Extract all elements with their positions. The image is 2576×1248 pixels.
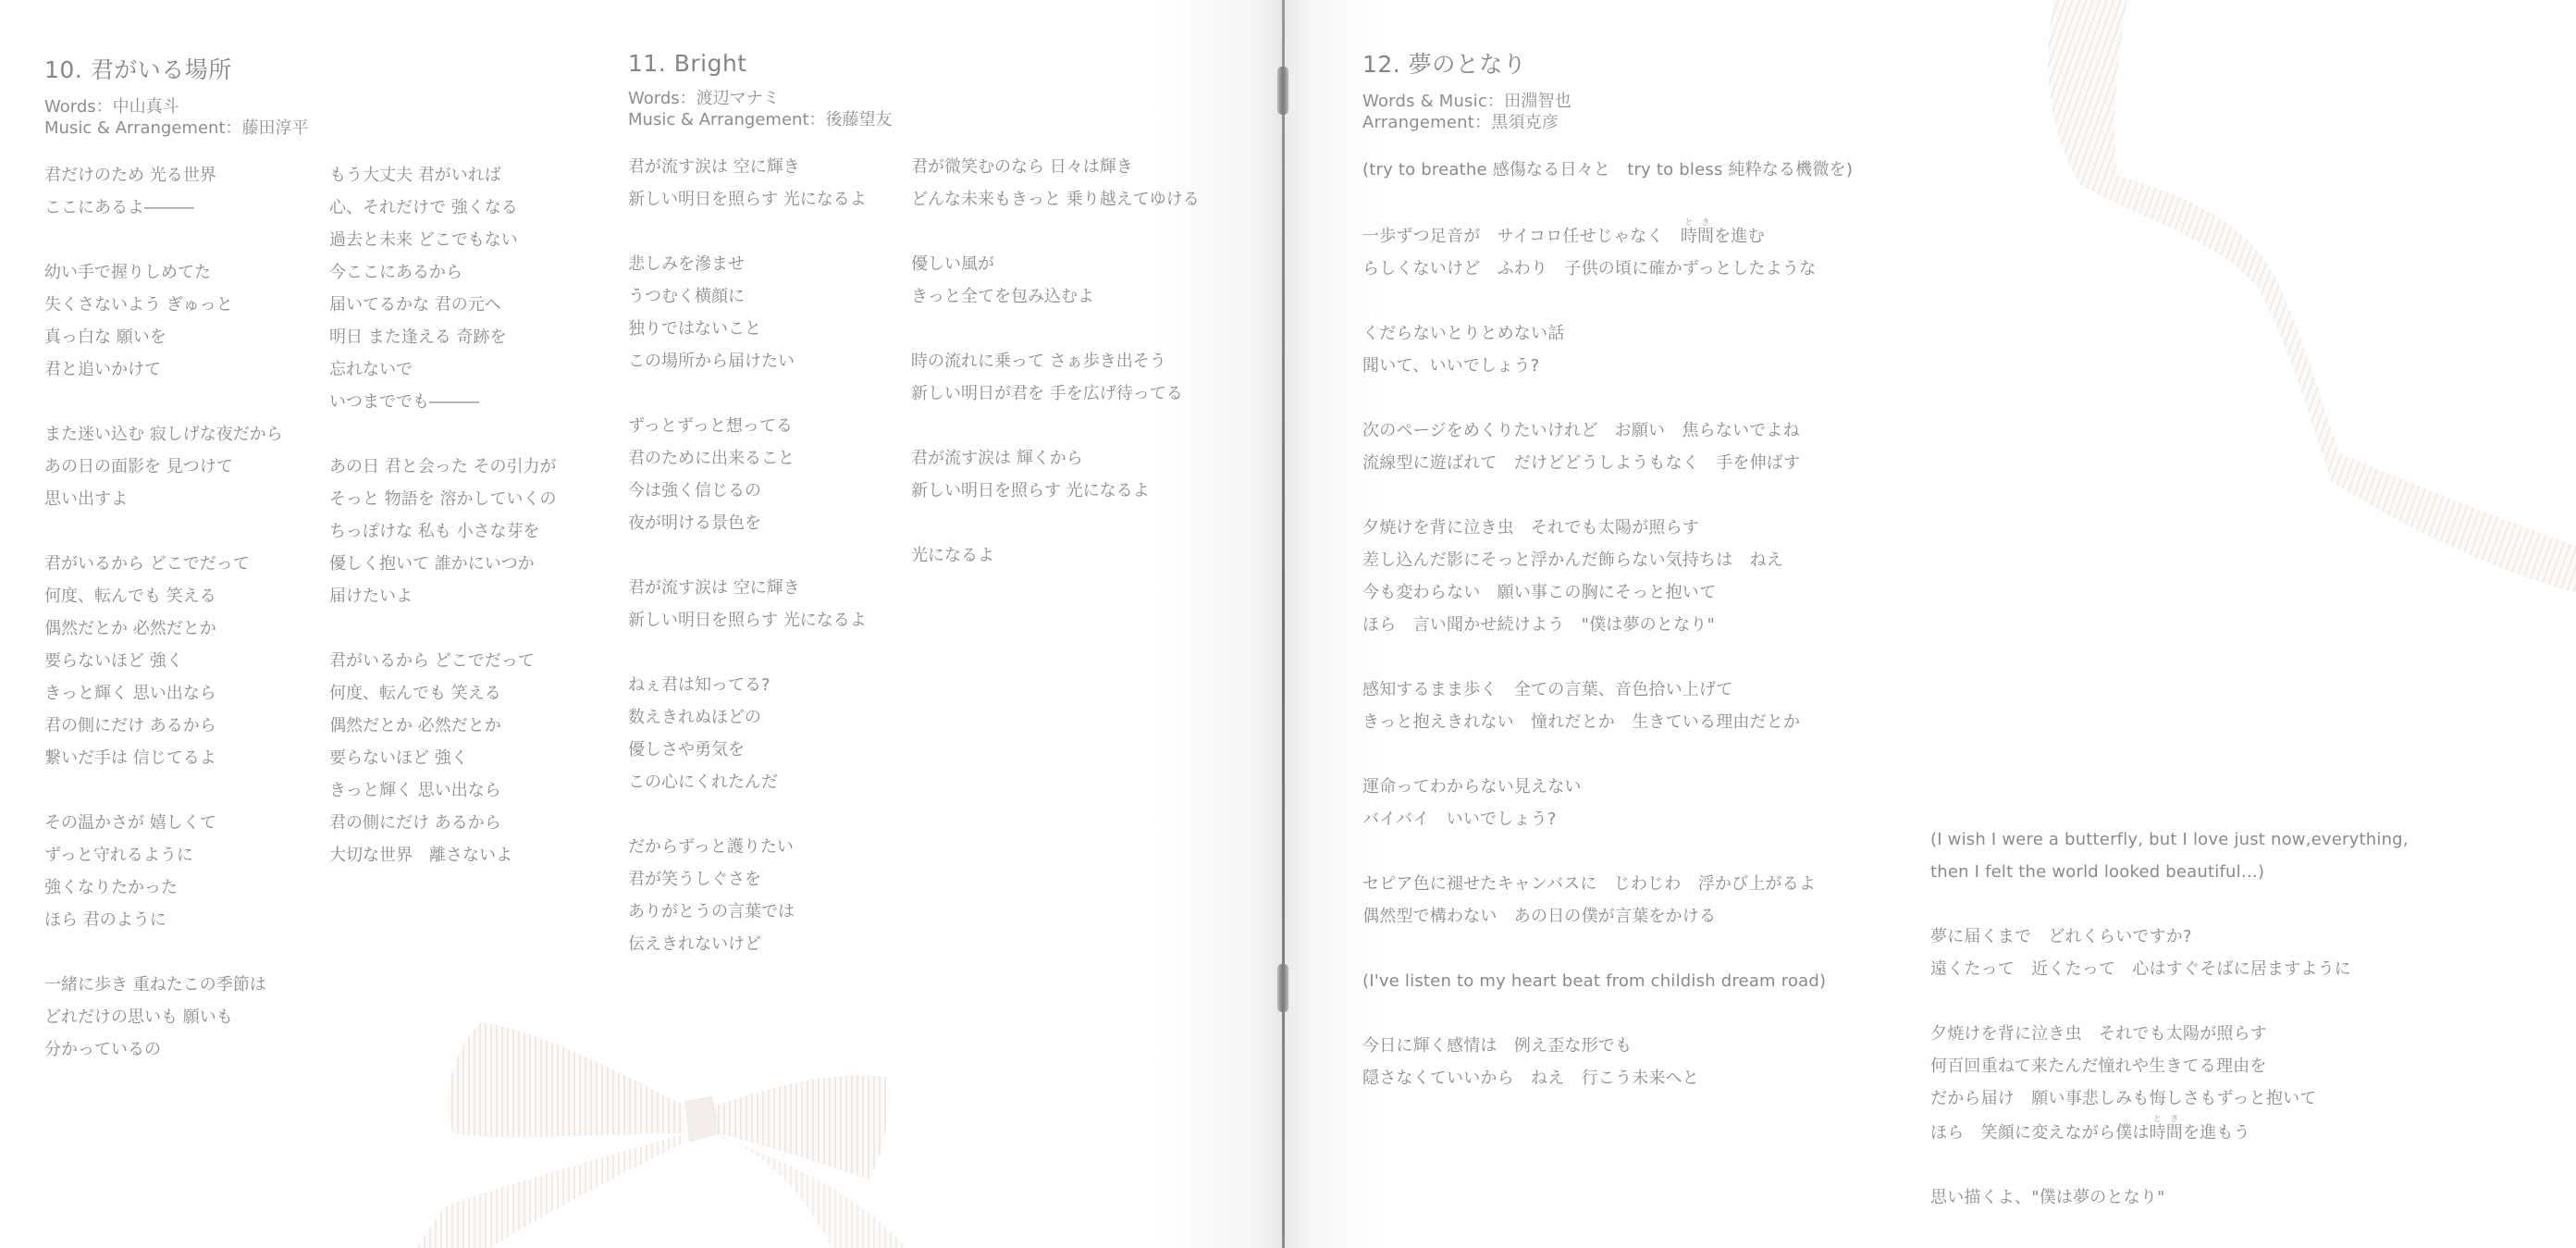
- lyric-line: 優しい風が: [911, 248, 1200, 280]
- lyrics-stanza: (I've listen to my heart beat from child…: [1362, 965, 1853, 997]
- song-12: 12. 夢のとなり Words & Music：田淵智也 Arrangement…: [1362, 46, 1853, 1127]
- lyric-line: (try to breathe 感傷なる日々と try to bless 純粋な…: [1362, 154, 1853, 186]
- credit-words: Words：渡辺マナミ: [628, 88, 1200, 109]
- lyrics-stanza: その温かさが 嬉しくてずっと守れるように強くなりたかったほら 君のように: [44, 807, 329, 936]
- lyric-line: その温かさが 嬉しくて: [44, 807, 329, 839]
- lyrics-stanza: 時の流れに乗って さぁ歩き出そう新しい明日が君を 手を広げ待ってる: [911, 345, 1200, 410]
- lyrics-stanza: 一緒に歩き 重ねたこの季節はどれだけの思いも 願いも分かっているの: [44, 969, 329, 1066]
- lyric-line: (I wish I were a butterfly, but I love j…: [1930, 823, 2409, 856]
- song-title: 11. Bright: [628, 50, 1200, 77]
- lyric-line: then I felt the world looked beautiful…): [1930, 856, 2409, 888]
- lyric-line: 流線型に遊ばれて だけどどうしようもなく 手を伸ばす: [1362, 447, 1853, 479]
- lyric-line: ここにあるよ―――: [44, 192, 329, 224]
- lyric-line: 君だけのため 光る世界: [44, 159, 329, 192]
- lyric-line: 君が笑うしぐさを: [628, 863, 911, 896]
- song-credits: Words & Music：田淵智也 Arrangement：黒須克彦: [1362, 91, 1853, 133]
- lyric-line: 数えきれぬほどの: [628, 701, 911, 734]
- song-12-continued: (I wish I were a butterfly, but I love j…: [1930, 823, 2409, 1246]
- binding-gutter: [1282, 0, 1285, 1248]
- lyrics-stanza: 一歩ずつ足音が サイコロ任せじゃなく 時間ときを進むらしくないけど ふわり 子供…: [1362, 218, 1853, 285]
- lyrics-column: (I wish I were a butterfly, but I love j…: [1930, 823, 2409, 1246]
- lyric-line: ちっぽけな 私も 小さな芽を: [329, 515, 556, 548]
- lyric-line: 君の側にだけ あるから: [44, 710, 329, 742]
- lyric-line: 光になるよ: [911, 539, 1200, 572]
- lyric-line: どれだけの思いも 願いも: [44, 1001, 329, 1033]
- lyric-line: (I've listen to my heart beat from child…: [1362, 965, 1853, 997]
- lyric-line: 偶然だとか 必然だとか: [329, 710, 556, 742]
- lyrics-column: (try to breathe 感傷なる日々と try to bless 純粋な…: [1362, 154, 1853, 1127]
- song-credits: Words：渡辺マナミ Music & Arrangement：後藤望友: [628, 88, 1200, 130]
- lyrics-stanza: (I wish I were a butterfly, but I love j…: [1930, 823, 2409, 888]
- lyric-line: 運命ってわからない見えない: [1362, 771, 1853, 803]
- lyric-line: ほら 笑顔に変えながら僕は時間ときを進もう: [1930, 1115, 2409, 1149]
- lyric-line: 大切な世界 離さないよ: [329, 839, 556, 871]
- staple-icon: [1277, 964, 1288, 1012]
- lyric-line: 心、それだけで 強くなる: [329, 192, 556, 224]
- lyrics-column: 君が微笑むのなら 日々は輝きどんな未来もきっと 乗り越えてゆける優しい風がきっと…: [911, 151, 1200, 993]
- lyric-line: 偶然だとか 必然だとか: [44, 612, 329, 645]
- lyric-line: いつまででも―――: [329, 386, 556, 418]
- lyrics-stanza: (try to breathe 感傷なる日々と try to bless 純粋な…: [1362, 154, 1853, 186]
- lyric-line: 次のページをめくりたいけれど お願い 焦らないでよね: [1362, 414, 1853, 447]
- lyric-line: 君が流す涙は 輝くから: [911, 442, 1200, 475]
- lyrics-column: 君だけのため 光る世界ここにあるよ―――幼い手で握りしめてた失くさないよう ぎゅ…: [44, 159, 329, 1098]
- lyrics-stanza: ねぇ君は知ってる?数えきれぬほどの優しさや勇気をこの心にくれたんだ: [628, 669, 911, 798]
- lyrics-stanza: 次のページをめくりたいけれど お願い 焦らないでよね流線型に遊ばれて だけどどう…: [1362, 414, 1853, 479]
- lyric-line: 夜が明ける景色を: [628, 507, 911, 539]
- lyric-line: 優しさや勇気を: [628, 734, 911, 766]
- lyric-line: 今日に輝く感情は 例え歪な形でも: [1362, 1030, 1853, 1062]
- lyrics-stanza: 夕焼けを背に泣き虫 それでも太陽が照らす何百回重ねて来たんだ憧れや生きてる理由を…: [1930, 1018, 2409, 1149]
- lyric-line: 偶然型で構わない あの日の僕が言葉をかける: [1362, 900, 1853, 933]
- lyric-line: 夢に届くまで どれくらいですか?: [1930, 921, 2409, 953]
- lyric-line: 感知するまま歩く 全ての言葉、音色拾い上げて: [1362, 673, 1853, 706]
- lyrics-columns: 君だけのため 光る世界ここにあるよ―――幼い手で握りしめてた失くさないよう ぎゅ…: [44, 159, 556, 1098]
- lyric-line: バイバイ いいでしょう?: [1362, 803, 1853, 835]
- booklet-spread: 10. 君がいる場所 Words：中山真斗 Music & Arrangemen…: [0, 0, 2576, 1248]
- staple-icon: [1277, 67, 1288, 115]
- lyric-line: 今ここにあるから: [329, 256, 556, 289]
- lyric-line: 一緒に歩き 重ねたこの季節は: [44, 969, 329, 1001]
- lyric-line: ありがとうの言葉では: [628, 896, 911, 928]
- lyrics-stanza: 君が微笑むのなら 日々は輝きどんな未来もきっと 乗り越えてゆける: [911, 151, 1200, 216]
- lyric-line: きっと輝く 思い出なら: [44, 677, 329, 710]
- lyric-line: 差し込んだ影にそっと浮かんだ飾らない気持ちは ねえ: [1362, 544, 1853, 576]
- lyrics-stanza: 君が流す涙は 輝くから新しい明日を照らす 光になるよ: [911, 442, 1200, 507]
- lyric-line: くだらないとりとめない話: [1362, 317, 1853, 350]
- lyric-line: 強くなりたかった: [44, 871, 329, 904]
- lyrics-stanza: ずっとずっと想ってる君のために出来ること今は強く信じるの夜が明ける景色を: [628, 410, 911, 539]
- lyric-line: 明日 また逢える 奇跡を: [329, 321, 556, 353]
- lyric-line: 新しい明日を照らす 光になるよ: [628, 604, 911, 636]
- lyrics-columns: 君が流す涙は 空に輝き新しい明日を照らす 光になるよ悲しみを滲ませうつむく横顔に…: [628, 151, 1200, 993]
- lyric-line: 忘れないで: [329, 353, 556, 386]
- lyric-line: ほら 言い聞かせ続けよう "僕は夢のとなり": [1362, 609, 1853, 641]
- lyrics-stanza: だからずっと護りたい君が笑うしぐさをありがとうの言葉では伝えきれないけど: [628, 831, 911, 960]
- lyric-line: 独りではないこと: [628, 313, 911, 345]
- lyrics-stanza: 運命ってわからない見えないバイバイ いいでしょう?: [1362, 771, 1853, 835]
- lyrics-stanza: 君が流す涙は 空に輝き新しい明日を照らす 光になるよ: [628, 151, 911, 216]
- lyric-line: この場所から届けたい: [628, 345, 911, 377]
- lyric-line: だから届け 願い事悲しみも悔しさもずっと抱いて: [1930, 1082, 2409, 1115]
- lyric-line: 思い描くよ、"僕は夢のとなり": [1930, 1181, 2409, 1214]
- lyrics-stanza: もう大丈夫 君がいれば心、それだけで 強くなる過去と未来 どこでもない今ここにあ…: [329, 159, 556, 418]
- lyric-line: 幼い手で握りしめてた: [44, 256, 329, 289]
- lyric-line: 新しい明日が君を 手を広げ待ってる: [911, 377, 1200, 410]
- lyric-line: ずっとずっと想ってる: [628, 410, 911, 442]
- lyric-line: 繋いだ手は 信じてるよ: [44, 742, 329, 774]
- lyric-line: 君が流す涙は 空に輝き: [628, 572, 911, 604]
- lyrics-stanza: 幼い手で握りしめてた失くさないよう ぎゅっと真っ白な 願いを君と追いかけて: [44, 256, 329, 386]
- lyric-line: 届けたいよ: [329, 580, 556, 612]
- song-title: 10. 君がいる場所: [44, 52, 556, 85]
- lyric-line: 新しい明日を照らす 光になるよ: [911, 475, 1200, 507]
- lyrics-stanza: 感知するまま歩く 全ての言葉、音色拾い上げてきっと抱えきれない 憧れだとか 生き…: [1362, 673, 1853, 738]
- lyrics-column: 君が流す涙は 空に輝き新しい明日を照らす 光になるよ悲しみを滲ませうつむく横顔に…: [628, 151, 911, 993]
- song-10: 10. 君がいる場所 Words：中山真斗 Music & Arrangemen…: [44, 52, 556, 1098]
- lyrics-stanza: 君がいるから どこでだって何度、転んでも 笑える偶然だとか 必然だとか要らないほ…: [44, 548, 329, 774]
- lyrics-stanza: 夕焼けを背に泣き虫 それでも太陽が照らす差し込んだ影にそっと浮かんだ飾らない気持…: [1362, 512, 1853, 641]
- lyric-line: 分かっているの: [44, 1033, 329, 1066]
- lyric-line: 要らないほど 強く: [329, 742, 556, 774]
- lyric-line: 夕焼けを背に泣き虫 それでも太陽が照らす: [1362, 512, 1853, 544]
- lyric-line: 今も変わらない 願い事この胸にそっと抱いて: [1362, 576, 1853, 609]
- lyric-line: だからずっと護りたい: [628, 831, 911, 863]
- song-11: 11. Bright Words：渡辺マナミ Music & Arrangeme…: [628, 50, 1200, 993]
- credit-music: Music & Arrangement：藤田淳平: [44, 117, 556, 139]
- lyric-line: らしくないけど ふわり 子供の頃に確かずっとしたような: [1362, 253, 1853, 285]
- lyric-line: 伝えきれないけど: [628, 928, 911, 960]
- lyric-line: 隠さなくていいから ねえ 行こう未来へと: [1362, 1062, 1853, 1094]
- lyric-line: 何度、転んでも 笑える: [44, 580, 329, 612]
- lyric-line: 聞いて、いいでしょう?: [1362, 350, 1853, 382]
- lyric-line: きっと輝く 思い出なら: [329, 774, 556, 807]
- lyrics-stanza: 今日に輝く感情は 例え歪な形でも隠さなくていいから ねえ 行こう未来へと: [1362, 1030, 1853, 1094]
- lyric-line: 何百回重ねて来たんだ憧れや生きてる理由を: [1930, 1050, 2409, 1082]
- lyric-line: 君が微笑むのなら 日々は輝き: [911, 151, 1200, 183]
- song-credits: Words：中山真斗 Music & Arrangement：藤田淳平: [44, 96, 556, 139]
- lyrics-stanza: 優しい風がきっと全てを包み込むよ: [911, 248, 1200, 313]
- lyric-line: 思い出すよ: [44, 483, 329, 515]
- lyrics-stanza: 君だけのため 光る世界ここにあるよ―――: [44, 159, 329, 224]
- credit-arrangement: Arrangement：黒須克彦: [1362, 112, 1853, 133]
- lyric-line: 真っ白な 願いを: [44, 321, 329, 353]
- credit-words-music: Words & Music：田淵智也: [1362, 91, 1853, 112]
- lyric-line: 一歩ずつ足音が サイコロ任せじゃなく 時間ときを進む: [1362, 218, 1853, 253]
- lyric-line: 君と追いかけて: [44, 353, 329, 386]
- lyric-line: 失くさないよう ぎゅっと: [44, 289, 329, 321]
- lyrics-stanza: 悲しみを滲ませうつむく横顔に独りではないことこの場所から届けたい: [628, 248, 911, 377]
- lyric-line: 何度、転んでも 笑える: [329, 677, 556, 710]
- lyrics-stanza: 思い描くよ、"僕は夢のとなり": [1930, 1181, 2409, 1214]
- credit-music: Music & Arrangement：後藤望友: [628, 109, 1200, 130]
- lyric-line: きっと抱えきれない 憧れだとか 生きている理由だとか: [1362, 706, 1853, 738]
- lyric-line: どんな未来もきっと 乗り越えてゆける: [911, 183, 1200, 216]
- lyric-line: 時の流れに乗って さぁ歩き出そう: [911, 345, 1200, 377]
- lyrics-stanza: 君がいるから どこでだって何度、転んでも 笑える偶然だとか 必然だとか要らないほ…: [329, 645, 556, 871]
- lyric-line: 悲しみを滲ませ: [628, 248, 911, 280]
- lyric-line: 新しい明日を照らす 光になるよ: [628, 183, 911, 216]
- lyric-line: 今は強く信じるの: [628, 475, 911, 507]
- lyrics-stanza: また迷い込む 寂しげな夜だからあの日の面影を 見つけて思い出すよ: [44, 418, 329, 515]
- lyric-line: そっと 物語を 溶かしていくの: [329, 483, 556, 515]
- lyric-line: 優しく抱いて 誰かにいつか: [329, 548, 556, 580]
- song-title: 12. 夢のとなり: [1362, 46, 1853, 80]
- lyric-line: もう大丈夫 君がいれば: [329, 159, 556, 192]
- lyric-line: 夕焼けを背に泣き虫 それでも太陽が照らす: [1930, 1018, 2409, 1050]
- lyrics-stanza: 光になるよ: [911, 539, 1200, 572]
- lyric-line: きっと全てを包み込むよ: [911, 280, 1200, 313]
- lyrics-stanza: 君が流す涙は 空に輝き新しい明日を照らす 光になるよ: [628, 572, 911, 636]
- lyric-line: セピア色に褪せたキャンバスに じわじわ 浮かび上がるよ: [1362, 868, 1853, 900]
- lyric-line: ほら 君のように: [44, 904, 329, 936]
- lyrics-column: もう大丈夫 君がいれば心、それだけで 強くなる過去と未来 どこでもない今ここにあ…: [329, 159, 556, 1098]
- lyric-line: 君がいるから どこでだって: [329, 645, 556, 677]
- lyric-line: また迷い込む 寂しげな夜だから: [44, 418, 329, 451]
- lyric-line: ねぇ君は知ってる?: [628, 669, 911, 701]
- lyrics-stanza: 夢に届くまで どれくらいですか?遠くたって 近くたって 心はすぐそばに居ますよう…: [1930, 921, 2409, 985]
- lyric-line: 遠くたって 近くたって 心はすぐそばに居ますように: [1930, 953, 2409, 985]
- lyric-line: 要らないほど 強く: [44, 645, 329, 677]
- lyric-line: 君のために出来ること: [628, 442, 911, 475]
- lyric-line: 届いてるかな 君の元へ: [329, 289, 556, 321]
- lyrics-stanza: あの日 君と会った その引力がそっと 物語を 溶かしていくのちっぽけな 私も 小…: [329, 451, 556, 612]
- lyric-line: 君の側にだけ あるから: [329, 807, 556, 839]
- lyric-line: あの日の面影を 見つけて: [44, 451, 329, 483]
- lyric-line: ずっと守れるように: [44, 839, 329, 871]
- lyrics-stanza: くだらないとりとめない話聞いて、いいでしょう?: [1362, 317, 1853, 382]
- lyric-line: 君が流す涙は 空に輝き: [628, 151, 911, 183]
- lyric-line: うつむく横顔に: [628, 280, 911, 313]
- lyric-line: 過去と未来 どこでもない: [329, 224, 556, 256]
- lyric-line: この心にくれたんだ: [628, 766, 911, 798]
- lyric-line: 君がいるから どこでだって: [44, 548, 329, 580]
- lyric-line: あの日 君と会った その引力が: [329, 451, 556, 483]
- credit-words: Words：中山真斗: [44, 96, 556, 117]
- lyrics-stanza: セピア色に褪せたキャンバスに じわじわ 浮かび上がるよ偶然型で構わない あの日の…: [1362, 868, 1853, 933]
